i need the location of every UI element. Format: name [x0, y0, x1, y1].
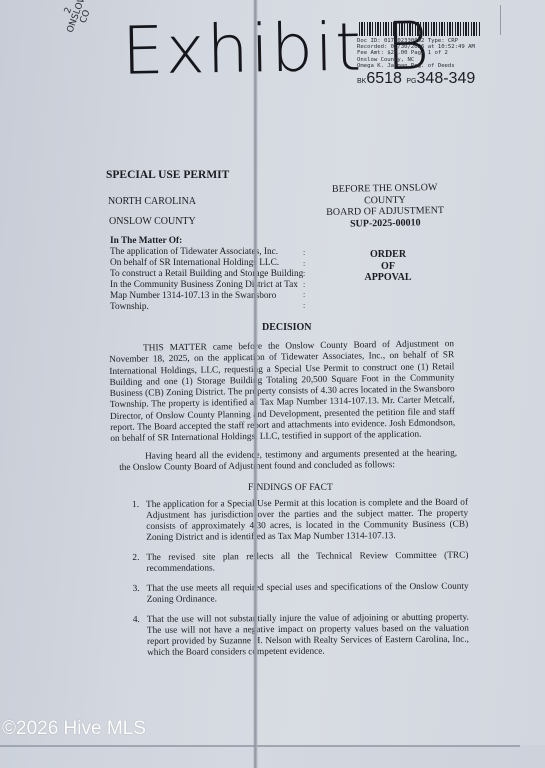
finding-item: 2. The revised site plan reflects all th…: [132, 551, 468, 575]
book-label: BK: [357, 78, 366, 85]
finding-text: The revised site plan reflects all the T…: [146, 551, 468, 575]
decision-heading: DECISION: [262, 322, 311, 333]
separator: :: [303, 269, 305, 280]
matter-line: Map Number 1314-107.13 in the Swansboro: [110, 291, 310, 302]
separator: :: [303, 290, 305, 301]
board-heading-line: BOARD OF ADJUSTMENT: [316, 205, 454, 219]
finding-number: 2.: [132, 553, 146, 575]
page-label: PG: [406, 78, 416, 85]
finding-number: 3.: [133, 584, 147, 606]
matter-of-block: In The Matter Of: The application of Tid…: [110, 236, 310, 313]
finding-item: 1. The application for a Special Use Per…: [132, 498, 468, 544]
board-heading-line: BEFORE THE ONSLOW COUNTY: [316, 182, 454, 207]
paper-fold-crease: [253, 0, 258, 768]
separator: :: [303, 248, 305, 259]
stamp-line: Omega K. Jarman Reg. of Deeds: [357, 63, 487, 69]
findings-heading: FINDINGS OF FACT: [248, 483, 333, 494]
barcode: [359, 22, 481, 36]
matter-line: The application of Tidewater Associates,…: [110, 247, 310, 258]
book-page-number: BK6518 PG348-349: [357, 70, 487, 91]
paper-mark: [500, 5, 501, 35]
separator: :: [303, 259, 305, 270]
matter-line: To construct a Retail Building and Stora…: [110, 269, 310, 280]
order-heading-line: APPOVAL: [350, 272, 426, 284]
matter-separators: : : : : : :: [303, 248, 305, 311]
board-heading: BEFORE THE ONSLOW COUNTY BOARD OF ADJUST…: [316, 182, 455, 230]
finding-text: The application for a Special Use Permit…: [146, 498, 468, 544]
finding-number: 4.: [133, 615, 147, 659]
heard-paragraph: Having heard all the evidence, testimony…: [119, 448, 457, 474]
order-heading: ORDER OF APPOVAL: [350, 249, 426, 284]
finding-text: That the use meets all required special …: [147, 582, 469, 606]
finding-item: 4. That the use will not substantially i…: [133, 613, 469, 659]
separator: :: [303, 280, 305, 291]
matter-line: On behalf of SR International Holdings L…: [110, 258, 310, 269]
findings-list: 1. The application for a Special Use Per…: [132, 498, 469, 668]
matter-heading: In The Matter Of:: [110, 236, 310, 247]
recording-stamp: Doc ID: 017802330002 Type: CRP Recorded:…: [357, 22, 487, 91]
county-label: ONSLOW COUNTY: [109, 216, 196, 227]
decision-paragraph-text: THIS MATTER came before the Onslow Count…: [109, 339, 455, 444]
order-heading-line: ORDER: [350, 249, 426, 261]
order-heading-line: OF: [350, 261, 426, 273]
heard-paragraph-text: Having heard all the evidence, testimony…: [119, 448, 457, 473]
matter-line: Township.: [110, 302, 310, 313]
finding-text: That the use will not substantially inju…: [147, 613, 469, 659]
state-label: NORTH CAROLINA: [108, 196, 196, 207]
case-number: SUP-2025-00010: [316, 216, 454, 230]
matter-line: In the Community Business Zoning Distric…: [110, 280, 310, 291]
finding-number: 1.: [132, 500, 146, 544]
finding-item: 3. That the use meets all required speci…: [133, 582, 469, 606]
decision-paragraph: THIS MATTER came before the Onslow Count…: [109, 339, 455, 445]
copyright-watermark: ©2026 Hive MLS: [2, 718, 146, 740]
paper-bottom-edge: [0, 745, 520, 747]
separator: :: [303, 301, 305, 312]
book-number: 6518: [366, 70, 402, 87]
document-title: SPECIAL USE PERMIT: [106, 170, 229, 181]
page-numbers: 348-349: [417, 70, 476, 87]
